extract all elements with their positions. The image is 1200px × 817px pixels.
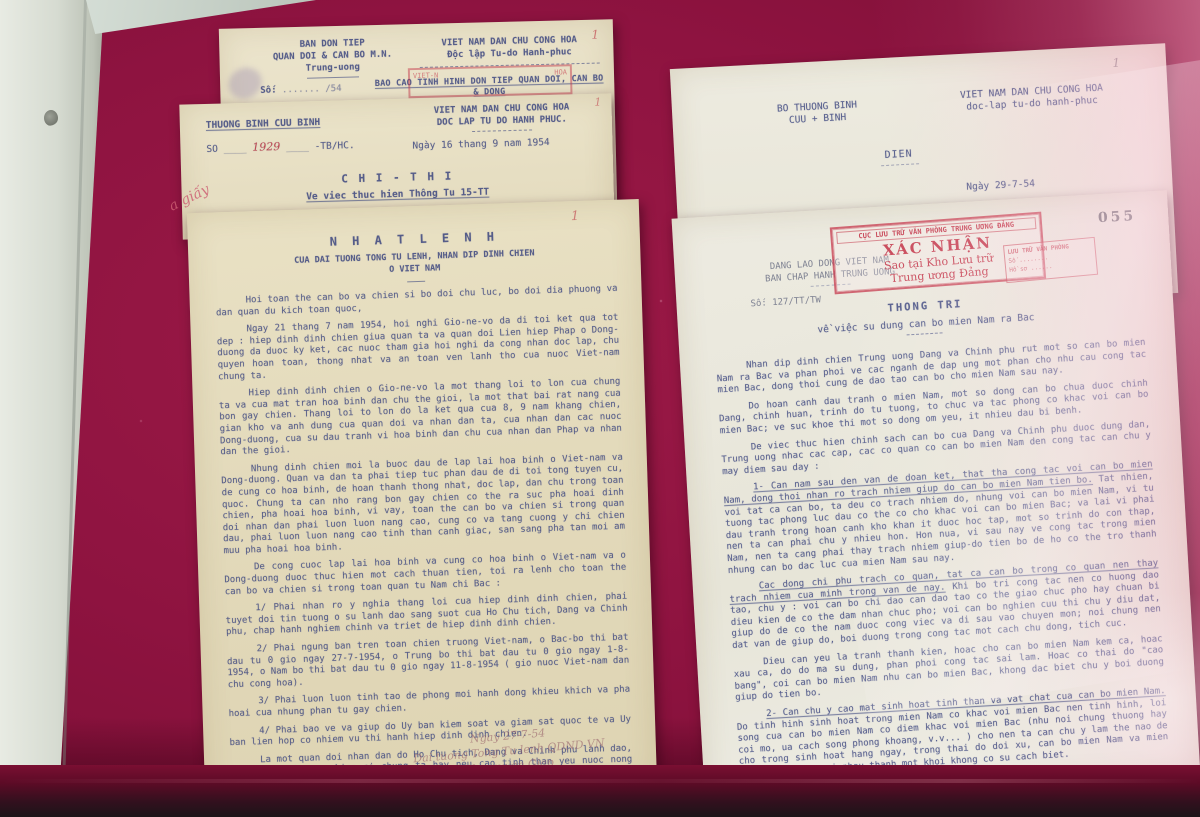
- typewritten-paragraph: 1/ Phai nhan ro y nghia thang loi cua hi…: [225, 592, 628, 639]
- archive-ink-stamp: LƯU TRỮ VĂN PHÒNG Số ........ Hồ sơ ....…: [1003, 237, 1098, 283]
- divider: [907, 331, 943, 335]
- red-stamp-overlay: VIET-N HOA: [408, 64, 573, 98]
- archive-number: 055: [1098, 208, 1137, 226]
- divider: [881, 162, 919, 166]
- handwritten-page-number: 1: [571, 209, 580, 224]
- divider: [472, 128, 532, 132]
- typewritten-paragraph: Ngay 21 thang 7 nam 1954, hoi nghi Gio-n…: [216, 313, 620, 384]
- museum-display-case-photo: BAN DON TIEP QUAN DOI & CAN BO M.N. Trun…: [0, 0, 1200, 817]
- case-edge-highlight: [0, 779, 1200, 783]
- handwritten-page-number: 1: [1112, 56, 1120, 70]
- document-number: Số: ....... /54: [260, 84, 342, 96]
- typewritten-paragraph: Nhung dinh chien moi la buoc dau de lap …: [221, 452, 626, 557]
- typewritten-paragraph: De cong cuoc lap lai hoa binh va cung co…: [224, 551, 627, 598]
- document-number: SO ____ 1929 ____ -TB/HC.: [206, 138, 355, 155]
- date-line: Ngày 29-7-54: [966, 178, 1035, 193]
- org-line: THUONG BINH CUU BINH: [206, 117, 321, 131]
- telegram-title: DIEN: [884, 149, 913, 161]
- divider: [307, 75, 359, 78]
- typewritten-paragraph: 2/ Phai ngung ban tren toan chien truong…: [226, 633, 629, 692]
- handwritten-number: 1929: [252, 140, 280, 154]
- handwritten-page-number: 1: [594, 96, 601, 109]
- stamp-fragment: HOA: [554, 68, 567, 76]
- handwritten-page-number: 1: [591, 28, 599, 42]
- divider: [407, 280, 425, 283]
- document-nhat-lenh: 1 N H A T L E N H CUA DAI TUONG TONG TU …: [187, 199, 657, 799]
- case-front-edge: [0, 765, 1200, 817]
- frame-screw: [44, 110, 58, 126]
- stamp-fragment: VIET-N: [413, 71, 438, 80]
- typewritten-paragraph: Hiep dinh dinh chien o Gio-ne-vo la mot …: [218, 377, 622, 459]
- date-line: Ngày 16 thang 9 nam 1954: [412, 137, 550, 152]
- document-thong-tri: DANG LAO DONG VIET NAM BAN CHAP HANH TRU…: [672, 190, 1200, 804]
- typewritten-paragraph: 1- Can nam sau den van de doan ket, that…: [723, 460, 1158, 577]
